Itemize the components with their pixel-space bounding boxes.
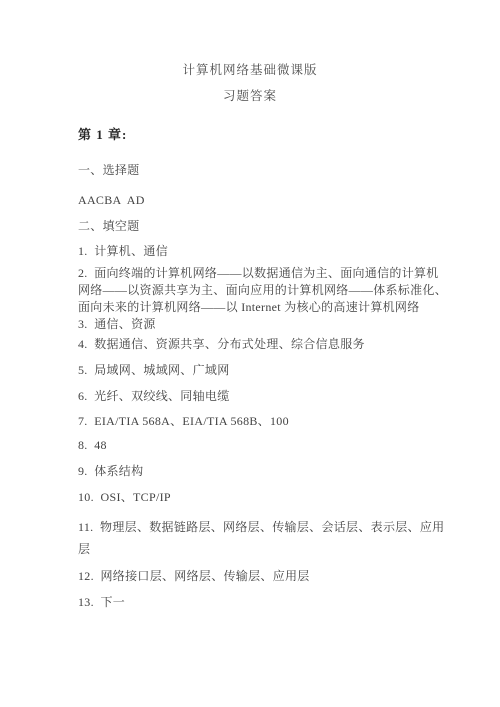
fill-answer-7: 7. EIA/TIA 568A、EIA/TIA 568B、100: [78, 413, 450, 430]
fill-answer-2: 2. 面向终端的计算机网络——以数据通信为主、面向通信的计算机网络——以资源共享…: [78, 265, 450, 316]
document-subtitle: 习题答案: [0, 88, 500, 104]
fill-answer-5: 5. 局域网、城域网、广域网: [78, 362, 450, 379]
fill-answer-4: 4. 数据通信、资源共享、分布式处理、综合信息服务: [78, 336, 450, 353]
fill-answer-6: 6. 光纤、双绞线、同轴电缆: [78, 388, 450, 405]
document-body: 第 1 章: 一、选择题 AACBA AD 二、填空题 1. 计算机、通信 2.…: [78, 126, 450, 611]
section-heading-fill: 二、填空题: [78, 218, 450, 235]
fill-answer-1: 1. 计算机、通信: [78, 243, 450, 260]
fill-answer-11: 11. 物理层、数据链路层、网络层、传输层、会话层、表示层、应用层: [78, 516, 450, 560]
fill-answer-10: 10. OSI、TCP/IP: [78, 489, 450, 506]
fill-answer-9: 9. 体系结构: [78, 463, 450, 480]
fill-answer-3: 3. 通信、资源: [78, 316, 450, 333]
fill-answer-13: 13. 下一: [78, 594, 450, 611]
document-page: 计算机网络基础微课版 习题答案 第 1 章: 一、选择题 AACBA AD 二、…: [0, 0, 500, 707]
document-title: 计算机网络基础微课版: [0, 62, 500, 78]
fill-answer-12: 12. 网络接口层、网络层、传输层、应用层: [78, 568, 450, 585]
section-heading-choice: 一、选择题: [78, 162, 450, 179]
fill-answer-8: 8. 48: [78, 437, 450, 454]
choice-answers: AACBA AD: [78, 192, 450, 209]
chapter-heading: 第 1 章:: [78, 126, 450, 143]
